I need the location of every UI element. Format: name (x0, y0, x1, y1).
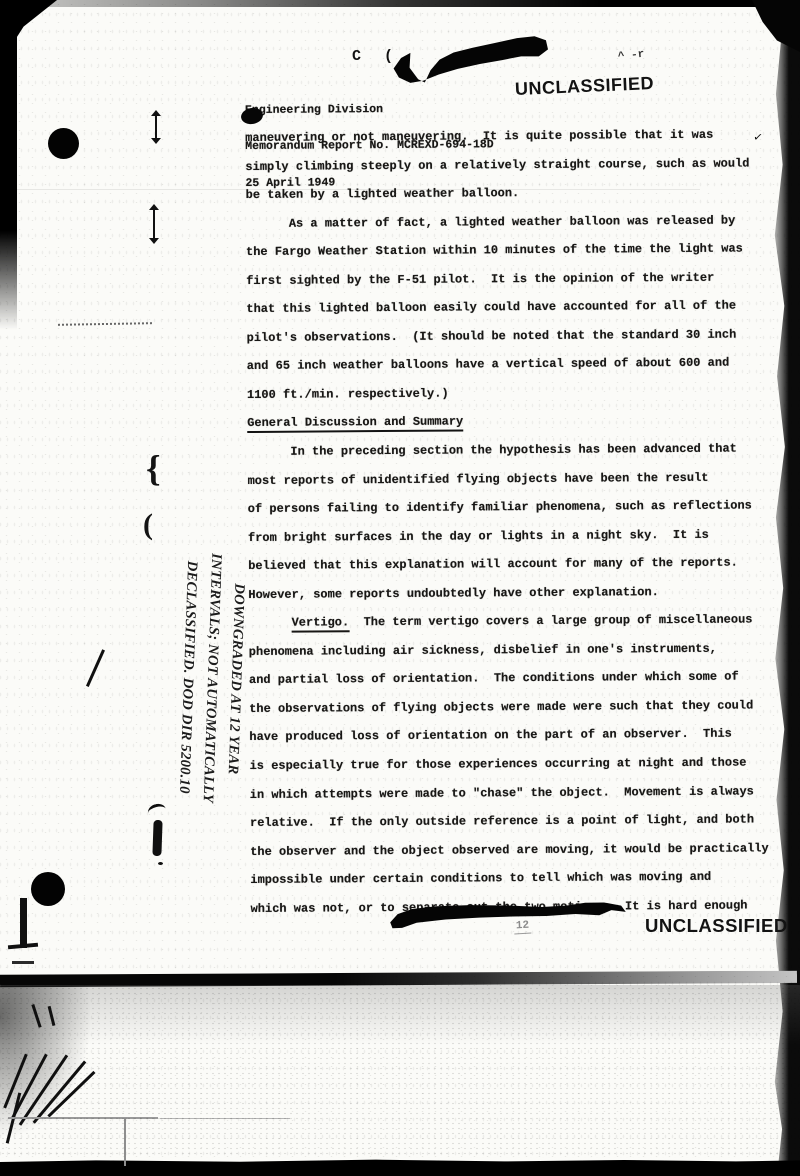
body-line: As a matter of fact, a lighted weather b… (246, 206, 786, 238)
body-line: maneuvering or not maneuvering. It is qu… (245, 120, 785, 152)
body-line: in which attempts were made to "chase" t… (250, 777, 790, 809)
typed-text-layer: Engineering Division Memorandum Report N… (0, 0, 800, 1176)
updown-arrow-mark-2 (148, 204, 160, 244)
ink-speck (158, 862, 163, 865)
body-line: and 65 inch weather balloons have a vert… (247, 349, 787, 381)
downgrade-stamp: DOWNGRADED AT 12 YEAR INTERVALS; NOT AUT… (166, 548, 253, 809)
small-dash-mark (12, 961, 34, 964)
handwritten-c-paren: C ( (352, 48, 400, 65)
body-line: of persons failing to identify familiar … (248, 491, 788, 523)
body-line: the observations of flying objects were … (249, 691, 789, 723)
updown-arrow-mark-1 (150, 110, 162, 144)
body-line: is especially true for those experiences… (249, 748, 789, 780)
body-line: Vertigo. The term vertigo covers a large… (248, 606, 788, 638)
body-line: 1100 ft./min. respectively.) (247, 377, 787, 409)
body-line: have produced loss of orientation on the… (249, 720, 789, 752)
body-line: believed that this explanation will acco… (248, 548, 788, 580)
faint-line-horizontal (8, 1117, 158, 1119)
paren-mark: ( (143, 508, 153, 542)
body-line: most reports of unidentified flying obje… (247, 463, 787, 495)
bold-stroke-mark (152, 820, 162, 856)
page-number: 12 (514, 920, 532, 935)
section-heading: General Discussion and Summary (247, 406, 787, 438)
body-line: the Fargo Weather Station within 10 minu… (246, 234, 786, 266)
brace-mark: { (146, 448, 161, 491)
faint-line-horizontal-2 (160, 1118, 290, 1119)
scanned-memo-page: Engineering Division Memorandum Report N… (0, 0, 800, 1176)
body-line: simply climbing steeply on a relatively … (245, 149, 785, 181)
header-org: Engineering Division (245, 103, 494, 117)
body-line: relative. If the only outside reference … (250, 805, 790, 837)
arrow-tip-icon (151, 138, 161, 144)
body-line: that this lighted balloon easily could h… (246, 292, 786, 324)
unclassified-stamp-bottom: UNCLASSIFIED (645, 915, 788, 937)
margin-bar-mark (20, 898, 27, 948)
body-line: and partial loss of orientation. The con… (249, 663, 789, 695)
body-line: However, some reports undoubtedly have o… (248, 577, 788, 609)
body-line: first sighted by the F-51 pilot. It is t… (246, 263, 786, 295)
body-line: from bright surfaces in the day or light… (248, 520, 788, 552)
body-line: be taken by a lighted weather balloon. (245, 177, 785, 209)
body-line: phenomena including air sickness, disbel… (249, 634, 789, 666)
faint-line-vertical (124, 1118, 126, 1166)
body-text: maneuvering or not maneuvering. It is qu… (245, 120, 791, 923)
body-line: In the preceding section the hypothesis … (247, 434, 787, 466)
body-line: the observer and the object observed are… (250, 834, 790, 866)
arrow-tip-icon (149, 238, 159, 244)
body-line: pilot's observations. (It should be note… (246, 320, 786, 352)
body-line: impossible under certain conditions to t… (250, 862, 790, 894)
